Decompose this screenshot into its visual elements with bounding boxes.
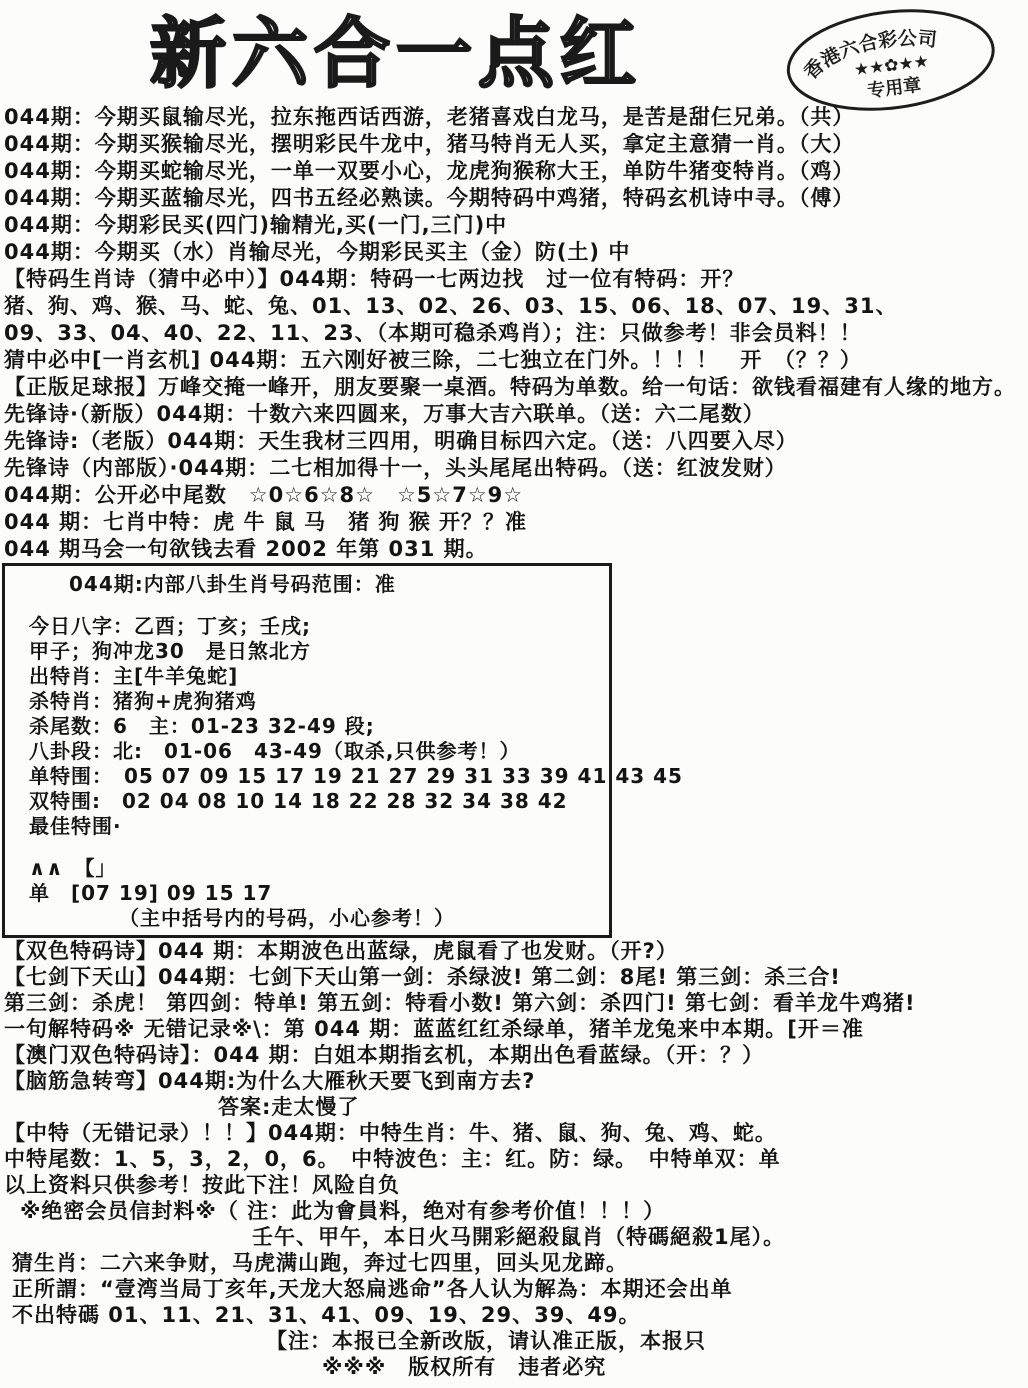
text-line: 【中特（无错记录）！！】044期：中特生肖：牛、猪、鼠、狗、兔、鸡、蛇。 <box>0 1120 1028 1146</box>
tip-sheet-page: 新六合一点红 香港六合彩公司 ★★✿★★ 专用章 044期：今期买鼠输尽光，拉东… <box>0 0 1028 1388</box>
text-line: 044期：今期买蓝输尽光，四书五经必熟读。今期特码中鸡猪，特码玄机诗中寻。（傅） <box>0 185 1028 212</box>
text-line: 正所謂：“壹湾当局丁亥年,天龙大怒扁逃命”各人认为解為：本期还会出单 <box>0 1276 1028 1302</box>
page-title: 新六合一点红 <box>150 9 642 98</box>
text-line: 猜生肖：二六来争财，马虎满山跑，奔过七四里，回头见龙蹄。 <box>0 1250 1028 1276</box>
spacer <box>29 839 601 856</box>
text-line: 先锋诗（内部版）·044期：二七相加得十一，头头尾尾出特码。（送：红波发财） <box>0 455 1028 482</box>
text-line: 第三剑：杀虎！ 第四剑：特单! 第五剑：特看小数! 第六剑：杀四门! 第七剑：看… <box>0 990 1028 1016</box>
text-line: 猜中必中[一肖玄机] 044期：五六刚好被三除，二七独立在门外。！！！ 开 （？… <box>0 347 1028 374</box>
text-line: 不出特碼 01、11、21、31、41、09、19、29、39、49。 <box>0 1302 1028 1328</box>
box-line: 单特围： 05 07 09 15 17 19 21 27 29 31 33 39… <box>29 764 601 789</box>
masthead-title: 新六合一点红 <box>150 6 710 106</box>
box-line: 八卦段：北: 01-06 43-49（取杀,只供参考！） <box>29 739 601 764</box>
text-line: 一句解特码※ 无错记录※\：第 044 期：蓝蓝红红杀绿单，猪羊龙兔来中本期。[… <box>0 1016 1028 1042</box>
text-line: 【七剑下天山】044期：七剑下天山第一剑：杀绿波! 第二剑：8尾! 第三剑：杀三… <box>0 964 1028 990</box>
box-line: 杀尾数：6 主：01-23 32-49 段; <box>29 714 601 739</box>
spacer <box>29 597 601 614</box>
text-line: 044期：今期彩民买(四门)输精光,买(一门,三门)中 <box>0 212 1028 239</box>
box-line: 最佳特围· <box>29 814 601 839</box>
edition-note-line: 【注：本报已全新改版，请认准正版，本报只 <box>0 1328 1028 1354</box>
page-header: 新六合一点红 香港六合彩公司 ★★✿★★ 专用章 <box>0 0 1028 104</box>
box-title: 044期:内部八卦生肖号码范围：准 <box>29 572 601 597</box>
box-line: 杀特肖：猪狗+虎狗猪鸡 <box>29 689 601 714</box>
riddle-answer-line: 答案:走太慢了 <box>0 1094 1028 1120</box>
text-line: 【双色特码诗】044 期：本期波色出蓝绿，虎鼠看了也发财。（开?） <box>0 938 1028 964</box>
box-line: （主中括号内的号码，小心参考！） <box>29 906 601 931</box>
box-line: ∧∧ 【」 <box>29 856 601 881</box>
text-line: 先锋诗·（新版）044期：十数六来四圆来，万事大吉六联单。（送：六二尾数） <box>0 401 1028 428</box>
text-line: 044 期马会一句欲钱去看 2002 年第 031 期。 <box>0 536 1028 563</box>
bagua-info-box: 044期:内部八卦生肖号码范围：准 今日八字：乙酉；丁亥；壬戌; 甲子；狗冲龙3… <box>2 563 612 938</box>
disclaimer-line: 以上资料只供参考！按此下注！风险自负 <box>0 1172 1028 1198</box>
box-line: 甲子；狗冲龙30 是日煞北方 <box>29 639 601 664</box>
copyright-line: ※※※ 版权所有 违者必究 <box>0 1354 1028 1380</box>
box-line: 单 [07 19] 09 15 17 <box>29 881 601 906</box>
text-line: 先锋诗:（老版）044期：天生我材三四用，明确目标四六定。（送：八四要入尽） <box>0 428 1028 455</box>
lower-verse-section: 【双色特码诗】044 期：本期波色出蓝绿，虎鼠看了也发财。（开?） 【七剑下天山… <box>0 938 1028 1328</box>
masthead-outline-text: 新六合一点红 <box>150 6 710 102</box>
text-line: 猪、狗、鸡、猴、马、蛇、兔、01、13、02、26、03、15、06、18、07… <box>0 293 1028 320</box>
text-line: 【正版足球报】万峰交掩一峰开，朋友要聚一桌酒。特码为单数。给一句话：欲钱看福建有… <box>0 374 1028 401</box>
text-line: 中特尾数：1、5，3，2，0，6。 中特波色：主：红。防：绿。 中特单双：单 <box>0 1146 1028 1172</box>
page-footer: 【注：本报已全新改版，请认准正版，本报只 ※※※ 版权所有 违者必究 <box>0 1328 1028 1380</box>
text-line: 044期：公开必中尾数 ☆0☆6☆8☆ ☆5☆7☆9☆ <box>0 482 1028 509</box>
text-line: 壬午、甲午，本日火马開彩絕殺鼠肖（特碼絕殺1尾）。 <box>0 1224 1028 1250</box>
text-line: 044期：今期买蛇输尽光，一单一双要小心，龙虎狗猴称大王，单防牛猪变特肖。（鸡） <box>0 158 1028 185</box>
text-line: 【脑筋急转弯】044期:为什么大雁秋天要飞到南方去? <box>0 1068 1028 1094</box>
text-line: 【特码生肖诗（猜中必中）】044期：特码一七两边找 过一位有特码：开？ <box>0 266 1028 293</box>
text-line: 044期：今期买（水）肖输尽光，今期彩民买主（金）防(土) 中 <box>0 239 1028 266</box>
text-line: 044 期：七肖中特：虎 牛 鼠 马 猪 狗 猴 开？？准 <box>0 509 1028 536</box>
text-line: 044期：今期买猴输尽光，摆明彩民牛龙中，猪马特肖无人买，拿定主意猜一肖。（大） <box>0 131 1028 158</box>
text-line: 【澳门双色特码诗】：044 期：白姐本期指玄机，本期出色看蓝绿。（开：？） <box>0 1042 1028 1068</box>
text-line: ※绝密会员信封料※（ 注：此为會員料，绝对有参考价值！！！） <box>0 1198 1028 1224</box>
text-line: 09、33、04、40、22、11、23、（本期可稳杀鸡肖）；注：只做参考！非会… <box>0 320 1028 347</box>
box-line: 双特围: 02 04 08 10 14 18 22 28 32 34 38 42 <box>29 789 601 814</box>
verse-section: 044期：今期买鼠输尽光，拉东拖西话西游，老猪喜戏白龙马，是苦是甜仨兄弟。（共）… <box>0 104 1028 563</box>
box-line: 出特肖：主[牛羊兔蛇] <box>29 664 601 689</box>
box-line: 今日八字：乙酉；丁亥；壬戌; <box>29 614 601 639</box>
